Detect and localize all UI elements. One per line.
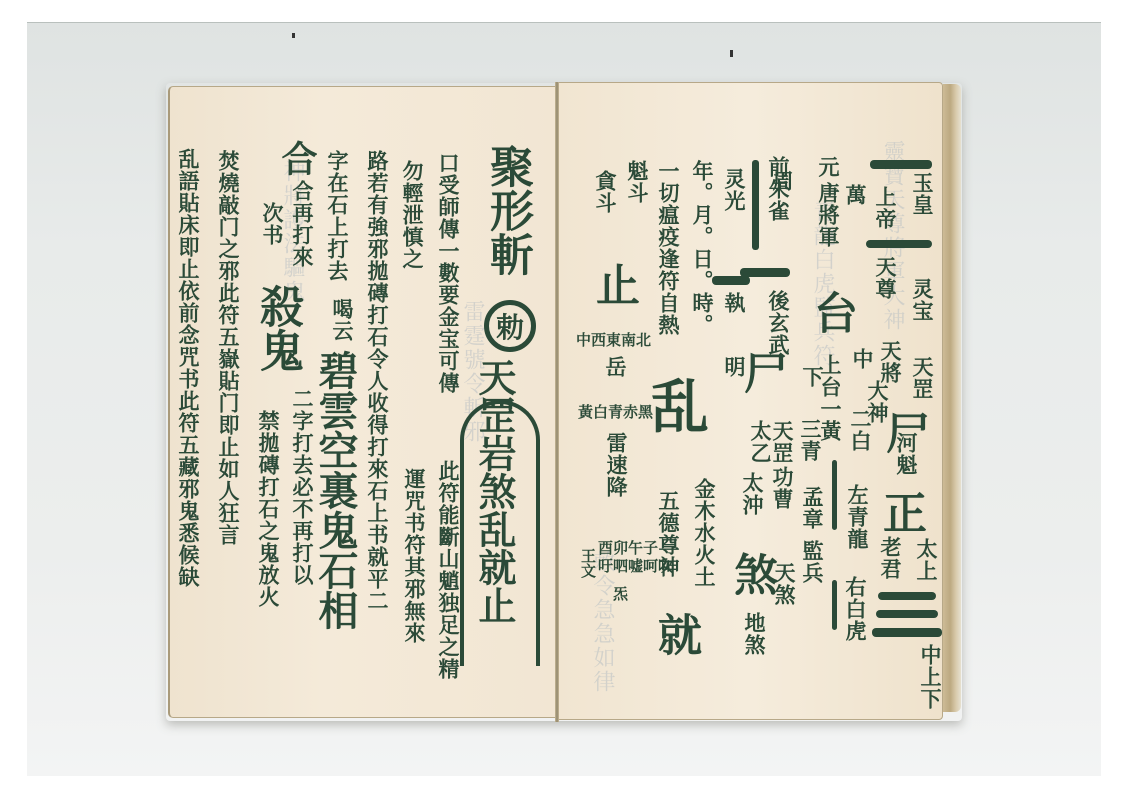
text-column: 勿輕泄慎之 — [400, 160, 424, 270]
page-stack-edge — [943, 84, 961, 712]
talisman-glyph: 正 — [877, 490, 923, 534]
text-column: 貪斗 — [593, 170, 617, 214]
text-column: 地煞 — [742, 612, 766, 656]
text-column: 乱語貼床即止依前念咒书此符五藏邪鬼悉候缺 — [176, 148, 200, 588]
text-column: 天尊 — [873, 256, 897, 300]
text-column: 左青龍 — [845, 484, 869, 550]
text-column: 功曹 — [770, 466, 794, 510]
text-column: 魁斗 — [625, 160, 649, 204]
text-column: 天煞 — [772, 562, 796, 606]
text-column: 三青 — [798, 418, 822, 462]
text-column: 明 — [722, 356, 746, 378]
text-column: 路若有強邪拋磚打石令人收得打來石上书就平二 — [365, 150, 389, 612]
talisman-glyph: 煞 — [728, 552, 774, 596]
text-column: 金木水火土 — [692, 478, 716, 588]
text-column: 灵光 — [722, 168, 746, 212]
text-column: 一切瘟疫逢符自熱 — [656, 160, 680, 336]
text-column: 焚燒敲门之邪此符五嶽貼门即止如人狂言 — [216, 150, 240, 546]
text-column: 次书 — [260, 202, 284, 246]
text-column: 年。月。日。時。 — [690, 160, 714, 336]
text-column: 喝云 — [330, 298, 354, 342]
talisman-glyph: 合 — [278, 140, 316, 176]
text-column: 此符能斷山魈独足之精 — [436, 460, 460, 680]
text-column: 運咒书符其邪無來 — [402, 468, 426, 644]
text-column: 灵宝 — [910, 278, 934, 322]
text-column: 雷速降 — [604, 432, 628, 498]
talisman-stroke — [870, 160, 932, 169]
dust-speck — [292, 33, 295, 38]
text-column: 二白 — [848, 408, 872, 452]
text-column: 太沖 — [740, 472, 764, 516]
talisman-heading: 聚形斬 — [484, 144, 530, 276]
text-column: 禁拋磚打石之鬼放火 — [256, 410, 280, 608]
text-column: 口受師傳一數要金宝可傳 — [436, 152, 460, 394]
text-column: 下 — [800, 366, 824, 388]
text-row: 中西東南北 — [576, 332, 651, 348]
talisman-stroke — [876, 610, 938, 618]
talisman-body: 天罡岩煞乱就止 — [474, 358, 514, 624]
text-column: 太乙 — [748, 420, 772, 464]
talisman-stroke — [872, 628, 942, 637]
text-column: 老君 — [878, 536, 902, 580]
text-column: 字在石上打去 — [325, 150, 349, 282]
talisman-stroke — [712, 276, 750, 285]
text-column: 監兵 — [800, 540, 824, 584]
text-column: 上帝 — [873, 186, 897, 230]
talisman-glyph: 台 — [808, 290, 854, 334]
text-column: 合再打來 — [290, 180, 314, 268]
talisman-stroke — [878, 592, 936, 600]
text-column: 二字打去必不再打以 — [290, 388, 314, 586]
talisman-glyph: 乱 — [645, 376, 705, 434]
talisman-stroke — [832, 580, 837, 630]
talisman-stroke — [832, 460, 837, 530]
text-column: 中上下 — [918, 644, 942, 710]
text-column: 天罡 — [770, 420, 794, 464]
text-column: 後玄武 — [766, 290, 790, 356]
dust-speck — [730, 50, 733, 57]
text-column: 前朱雀 — [766, 156, 790, 222]
talisman-stroke — [752, 160, 759, 250]
seal-character: 勅 — [496, 306, 524, 346]
text-column: 中 — [850, 348, 874, 370]
text-row: 酉卯午子 — [598, 540, 658, 556]
text-column: 執 — [722, 292, 746, 314]
talisman-glyph: 就 — [652, 612, 698, 656]
text-column: 天罡 — [910, 356, 934, 400]
text-column-large: 碧雲空裏鬼石相 — [314, 350, 356, 630]
talisman-stroke — [866, 240, 932, 248]
text-column: 孟章 — [800, 486, 824, 530]
text-column: 玉皇 — [910, 172, 934, 216]
text-column: 炁 — [612, 586, 628, 601]
text-column: 岳 — [603, 356, 627, 378]
text-column: 萬 — [843, 184, 867, 206]
text-column: 太上 — [914, 538, 938, 582]
seal-circle: 勅 — [484, 300, 536, 352]
text-column: 元 — [816, 156, 840, 178]
book-gutter — [555, 82, 559, 722]
text-column: 右白虎 — [843, 576, 867, 642]
text-row: 吁呬嘘呵吹 — [598, 558, 673, 574]
text-column: 唐將軍 — [816, 182, 840, 248]
talisman-glyph: 止 — [590, 262, 636, 306]
text-column: 河魁 — [894, 432, 918, 476]
text-column-large: 殺鬼 — [254, 284, 300, 372]
text-column: 天將 — [878, 340, 902, 384]
text-column: 王文 — [580, 548, 596, 578]
